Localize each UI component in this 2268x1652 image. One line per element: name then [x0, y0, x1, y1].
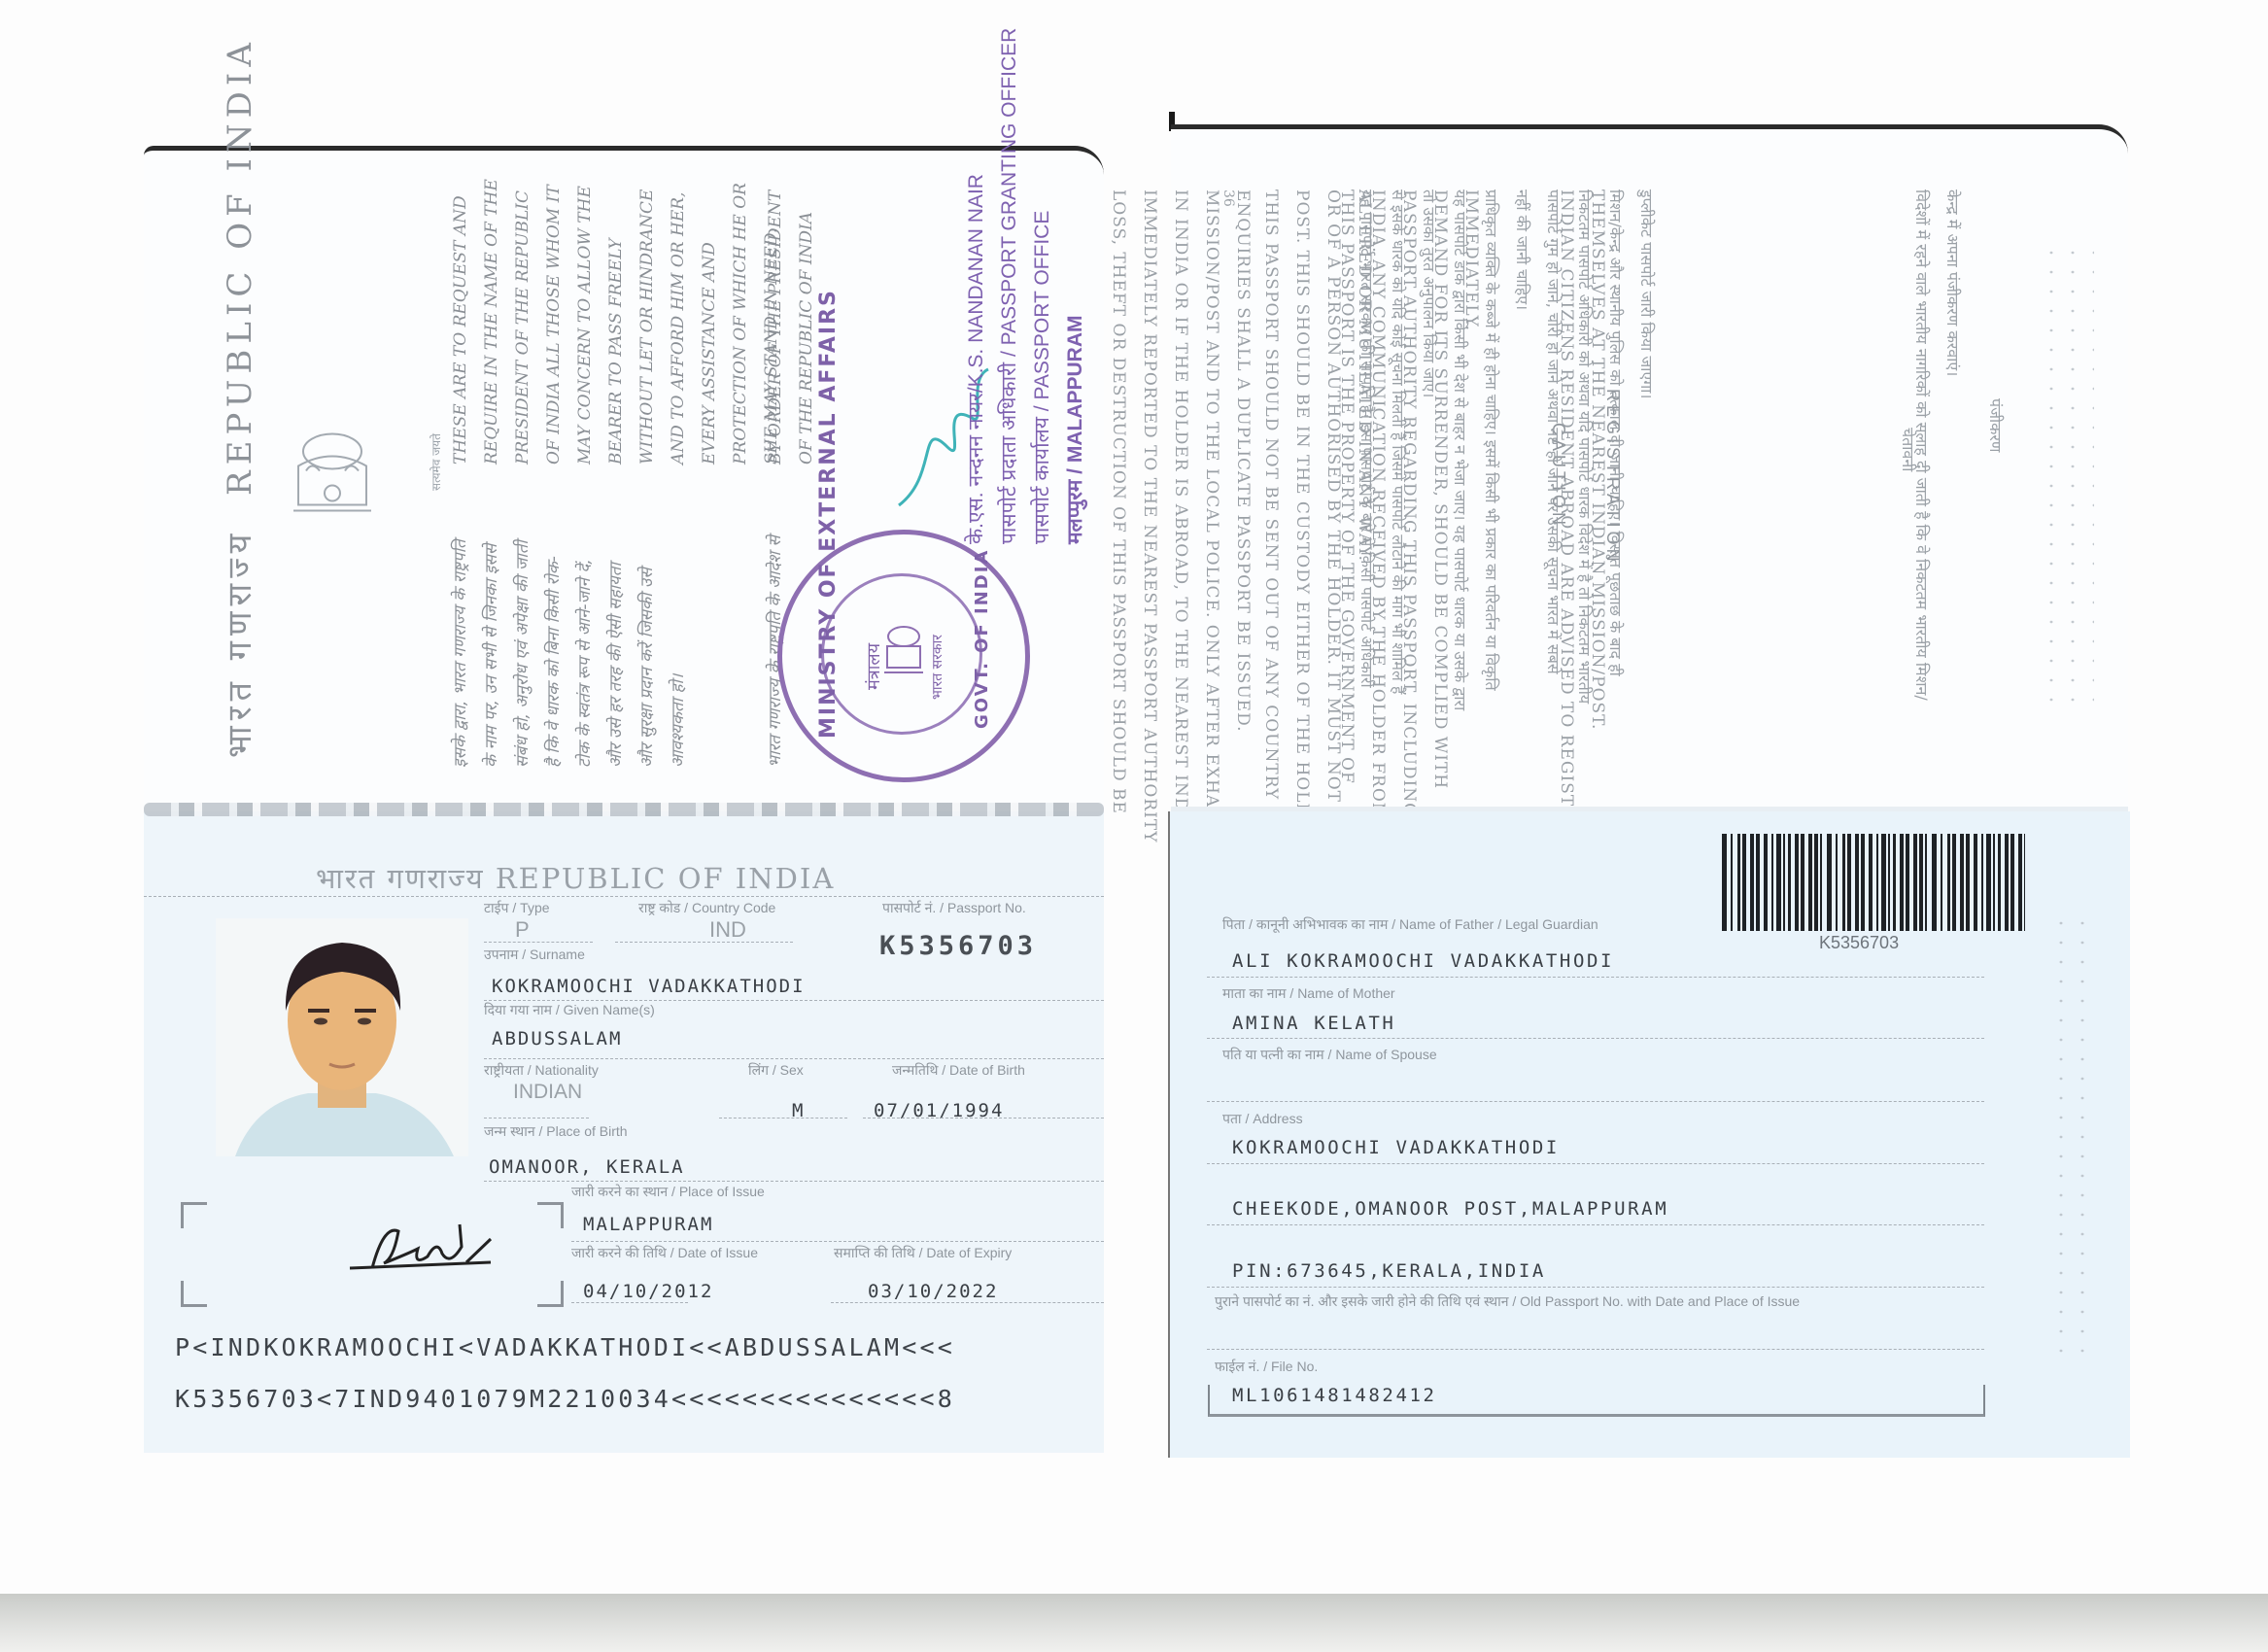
header-hindi: भारत गणराज्य [316, 862, 485, 895]
label-surname: उपनाम / Surname [484, 946, 585, 964]
label-old-passport: पुराने पासपोर्ट का नं. और इसके जारी होने… [1215, 1292, 1800, 1311]
label-date-of-issue: जारी करने की तिथि / Date of Issue [571, 1244, 758, 1262]
value-father: ALI KOKRAMOOCHI VADAKKATHODI [1232, 950, 1614, 972]
stamp-text-top: MINISTRY OF EXTERNAL AFFAIRS [816, 289, 841, 739]
perforation-pattern [2041, 243, 2094, 709]
signature-box-corner [537, 1202, 564, 1228]
signature-box-corner [181, 1281, 207, 1307]
emblem-motto: सत्यमेव जयते [428, 433, 444, 491]
value-address-line-3: PIN:673645,KERALA,INDIA [1232, 1260, 1546, 1282]
label-sex: लिंग / Sex [748, 1061, 804, 1080]
scanner-edge [0, 1594, 2268, 1652]
value-surname: KOKRAMOOCHI VADAKKATHODI [492, 976, 806, 997]
value-given-names: ABDUSSALAM [492, 1028, 622, 1050]
data-page-header: भारत गणराज्य REPUBLIC OF INDIA [316, 859, 835, 897]
national-emblem-icon [279, 425, 386, 541]
registration-hindi: केन्द्र में अपना पंजीकरण करवाएं। विदेशों… [1906, 189, 1968, 701]
value-place-of-birth: OMANOOR, KERALA [489, 1156, 685, 1178]
label-date-of-expiry: समाप्ति की तिथि / Date of Expiry [834, 1244, 1012, 1262]
officer-name: के.एस. नन्दनन नायर/K.S. NANDANAN NAIR [960, 28, 993, 544]
label-nationality: राष्ट्रीयता / Nationality [484, 1061, 599, 1080]
label-address: पता / Address [1222, 1110, 1303, 1128]
label-given-names: दिया गया नाम / Given Name(s) [484, 1001, 655, 1019]
stamp-text-bottom: GOVT. OF INDIA [972, 549, 992, 729]
label-country-code: राष्ट्र कोड / Country Code [638, 899, 775, 917]
holder-photo [216, 918, 468, 1156]
request-text-english: THESE ARE TO REQUEST AND REQUIRE IN THE … [445, 179, 787, 465]
perforation-pattern [2050, 913, 2089, 1360]
value-nationality: INDIAN [513, 1081, 582, 1104]
label-dob: जन्मतिथि / Date of Birth [892, 1061, 1025, 1080]
registration-hindi-heading: पंजीकरण [1985, 398, 2007, 453]
cover-title-english: REPUBLIC OF INDIA [221, 37, 259, 496]
value-address-line-2: CHEEKODE,OMANOOR POST,MALAPPURAM [1232, 1198, 1668, 1220]
label-place-of-issue: जारी करने का स्थान / Place of Issue [571, 1183, 765, 1201]
order-text-english: BY ORDER OF THE PRESIDENT OF THE REPUBLI… [760, 190, 822, 465]
cover-title: भारत गणराज्य REPUBLIC OF INDIA [216, 37, 260, 758]
ministry-stamp: MINISTRY OF EXTERNAL AFFAIRS GOVT. OF IN… [777, 530, 1030, 782]
page-seam [144, 803, 1104, 816]
officer-office: पासपोर्ट कार्यालय / PASSPORT OFFICE [1026, 28, 1059, 544]
label-mother: माता का नाम / Name of Mother [1222, 984, 1395, 1003]
value-passport-no: K5356703 [879, 931, 1037, 961]
value-address-line-1: KOKRAMOOCHI VADAKKATHODI [1232, 1137, 1560, 1158]
stamp-emblem-icon [879, 622, 928, 680]
officer-city: मलप्पुरम / MALAPPURAM [1059, 28, 1092, 544]
value-file-no: ML1061481482412 [1232, 1385, 1437, 1406]
value-place-of-issue: MALAPPURAM [583, 1214, 713, 1235]
caution-english-3: ENQUIRIES SHALL A DUPLICATE PASSPORT BE … [1103, 189, 1258, 880]
header-english: REPUBLIC OF INDIA [496, 862, 835, 895]
label-place-of-birth: जन्म स्थान / Place of Birth [484, 1122, 628, 1141]
barcode [1722, 834, 2025, 931]
label-father: पिता / कानूनी अभिभावक का नाम / Name of F… [1222, 915, 1598, 934]
value-date-of-issue: 04/10/2012 [583, 1281, 713, 1302]
label-passport-no: पासपोर्ट नं. / Passport No. [882, 899, 1026, 917]
signature-box-corner [181, 1202, 207, 1228]
officer-title: पासपोर्ट प्रदाता अधिकारी / PASSPORT GRAN… [993, 28, 1026, 544]
holder-signature [345, 1220, 500, 1278]
request-text-hindi: इसके द्वारा, भारत गणराज्य के राष्ट्रपति … [445, 539, 694, 768]
barcode-number: K5356703 [1819, 933, 1899, 953]
mrz-line-1: P<INDKOKRAMOOCHI<VADAKKATHODI<<ABDUSSALA… [175, 1333, 955, 1361]
value-country-code: IND [709, 917, 746, 943]
mrz-line-2: K5356703<7IND9401079M2210034<<<<<<<<<<<<… [175, 1385, 955, 1413]
label-type: टाईप / Type [484, 899, 550, 917]
value-date-of-expiry: 03/10/2022 [868, 1281, 998, 1302]
signature-box-corner [537, 1281, 564, 1307]
cover-title-hindi: भारत गणराज्य [221, 529, 259, 758]
value-mother: AMINA KELATH [1232, 1013, 1395, 1034]
caution-hindi: डुप्लीकेट पासपोर्ट जारी किया जाएगा। मिशन… [1351, 189, 1662, 710]
value-type: P [515, 917, 530, 943]
divider [144, 896, 1104, 897]
label-spouse: पति या पत्नी का नाम / Name of Spouse [1222, 1046, 1437, 1064]
stamp-hindi-3: भारत सरकार [928, 635, 946, 700]
passport-officer-block: के.एस. नन्दनन नायर/K.S. NANDANAN NAIR पा… [960, 28, 1092, 544]
label-file-no: फाईल नं. / File No. [1215, 1358, 1318, 1376]
